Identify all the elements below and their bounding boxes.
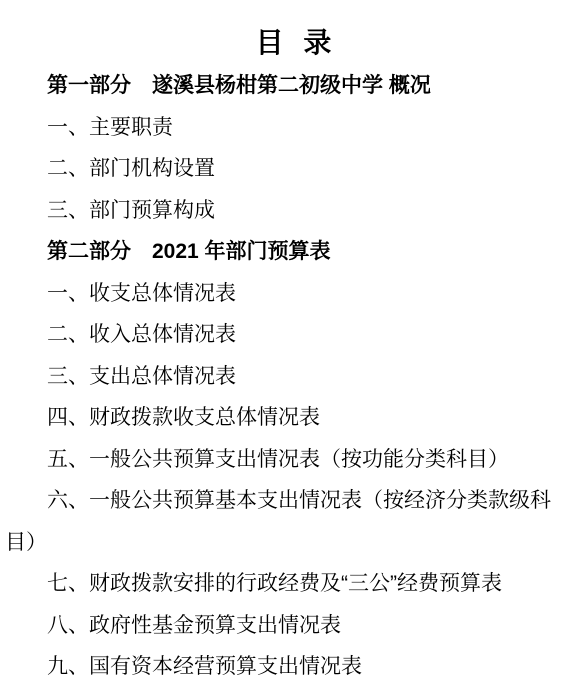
toc-item: 三、部门预算构成: [5, 190, 564, 232]
section-2-heading: 第二部分 2021 年部门预算表: [5, 231, 564, 273]
section-1-heading: 第一部分 遂溪县杨柑第二初级中学 概况: [5, 65, 564, 107]
toc-item: 五、一般公共预算支出情况表（按功能分类科目）: [5, 439, 564, 481]
toc-item: 三、支出总体情况表: [5, 356, 564, 398]
toc-item: 六、一般公共预算基本支出情况表（按经济分类款级科目）: [5, 480, 564, 563]
toc-item: 四、财政拨款收支总体情况表: [5, 397, 564, 439]
document-page: 目 录 第一部分 遂溪县杨柑第二初级中学 概况 一、主要职责 二、部门机构设置 …: [0, 0, 588, 685]
toc-item: 八、政府性基金预算支出情况表: [5, 605, 564, 647]
toc-item: 七、财政拨款安排的行政经费及“三公”经费预算表: [5, 563, 564, 605]
table-of-contents: 第一部分 遂溪县杨柑第二初级中学 概况 一、主要职责 二、部门机构设置 三、部门…: [0, 62, 588, 685]
toc-item: 一、主要职责: [5, 107, 564, 149]
toc-item: 一、收支总体情况表: [5, 273, 564, 315]
toc-item: 九、国有资本经营预算支出情况表: [5, 646, 564, 685]
page-title: 目 录: [0, 0, 588, 62]
toc-item: 二、部门机构设置: [5, 148, 564, 190]
toc-item: 二、收入总体情况表: [5, 314, 564, 356]
